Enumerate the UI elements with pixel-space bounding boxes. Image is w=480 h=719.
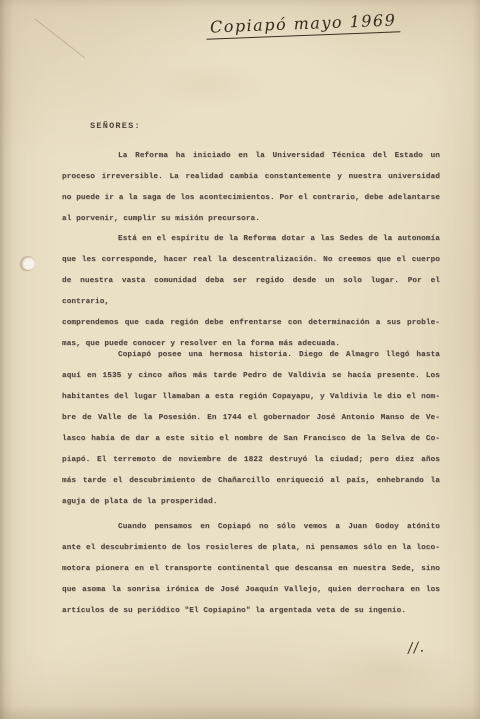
paper-stain bbox=[320, 640, 460, 700]
paper-crease bbox=[34, 18, 85, 58]
typed-line: que asoma la sonrisa irónica de José Joa… bbox=[62, 580, 440, 601]
typed-line: proceso irreversible. La realidad cambia… bbox=[62, 167, 440, 188]
typed-line: bre de Valle de la Posesión. En 1744 el … bbox=[62, 408, 440, 429]
punch-hole bbox=[21, 256, 35, 270]
typed-line: comprendemos que cada región debe enfren… bbox=[62, 313, 440, 334]
typed-line: ante el descubrimiento de los rosicleres… bbox=[62, 538, 440, 559]
typed-line: Está en el espíritu de la Reforma dotar … bbox=[62, 229, 440, 250]
typed-line: motora pionera en el transporte continen… bbox=[62, 559, 440, 580]
typed-line: aguja de plata de la prosperidad. bbox=[62, 492, 440, 513]
typed-line: La Reforma ha iniciado en la Universidad… bbox=[62, 146, 440, 167]
paper-stain bbox=[150, 60, 270, 110]
typed-line: no puede ir a la saga de los acontecimie… bbox=[62, 188, 440, 209]
typed-line: piapó. El terremoto de noviembre de 1822… bbox=[62, 450, 440, 471]
paragraph-reforma: La Reforma ha iniciado en la Universidad… bbox=[62, 146, 440, 230]
handwritten-page-mark: //. bbox=[407, 639, 425, 656]
typed-line: de nuestra vasta comunidad deba ser regi… bbox=[62, 271, 440, 313]
document-page: Copiapó mayo 1969 SEÑORES: La Reforma ha… bbox=[0, 0, 480, 719]
typed-line: Copiapó posee una hermosa historia. Dieg… bbox=[62, 345, 440, 366]
handwritten-date: Copiapó mayo 1969 bbox=[206, 10, 401, 39]
typed-line: habitantes del lugar llamaban a esta reg… bbox=[62, 387, 440, 408]
paragraph-juan-godoy: Cuando pensamos en Copiapó no sólo vemos… bbox=[62, 517, 440, 622]
paragraph-historia: Copiapó posee una hermosa historia. Dieg… bbox=[62, 345, 440, 513]
typed-line: más tarde el descubrimiento de Chañarcil… bbox=[62, 471, 440, 492]
typed-line: al porvenir, cumplir su misión precursor… bbox=[62, 209, 440, 230]
typed-line: artículos de su periódico "El Copiapino"… bbox=[62, 601, 440, 622]
salutation: SEÑORES: bbox=[90, 121, 141, 131]
typed-line: Cuando pensamos en Copiapó no sólo vemos… bbox=[62, 517, 440, 538]
typed-line: lasco había de dar a este sitio el nombr… bbox=[62, 429, 440, 450]
typed-line: que les corresponde, hacer real la desce… bbox=[62, 250, 440, 271]
paragraph-autonomia: Está en el espíritu de la Reforma dotar … bbox=[62, 229, 440, 355]
typed-line: aquí en 1535 y cinco años más tarde Pedr… bbox=[62, 366, 440, 387]
